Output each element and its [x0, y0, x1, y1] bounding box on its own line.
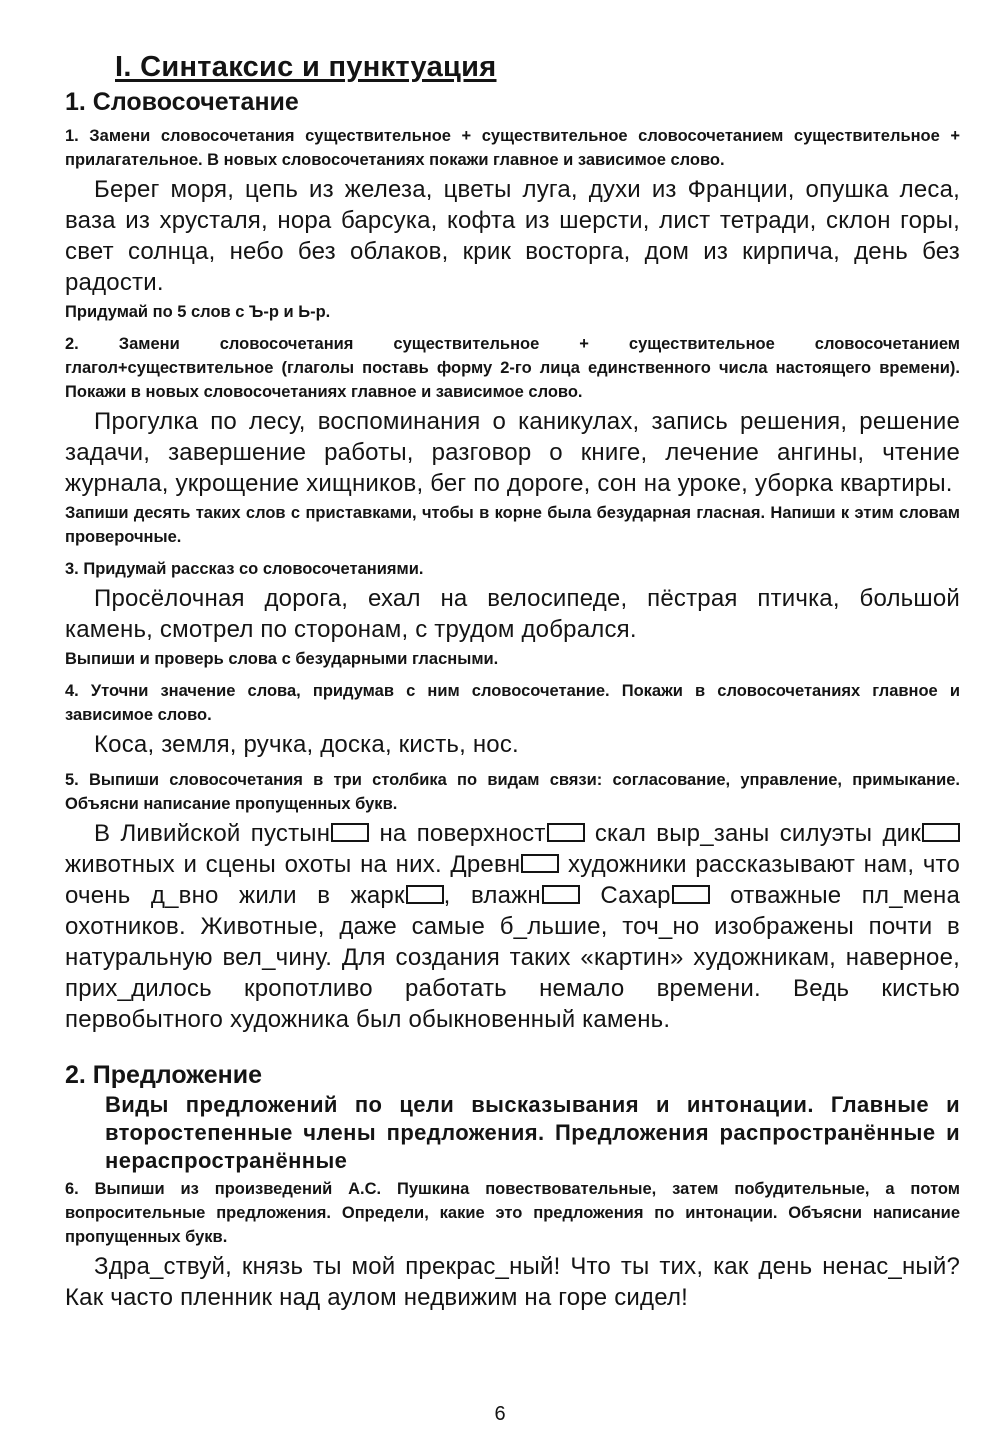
- task-instruction: 2. Замени словосочетания существительное…: [65, 332, 960, 404]
- task-text: Здра_ствуй, князь ты мой прекрас_ный! Чт…: [65, 1251, 960, 1313]
- text-fragment: животных и сцены охоты на них. Древн: [65, 851, 520, 878]
- task-3: 3. Придумай рассказ со словосочетаниями.…: [65, 557, 960, 671]
- blank-box: [331, 823, 369, 842]
- text-fragment: на поверхност: [369, 820, 545, 847]
- section-word-combination: 1. Словосочетание 1. Замени словосочетан…: [65, 86, 960, 1035]
- task-4: 4. Уточни значение слова, придумав с ним…: [65, 679, 960, 760]
- task-instruction: 6. Выпиши из произведений А.С. Пушкина п…: [65, 1177, 960, 1249]
- task-instruction: 1. Замени словосочетания существительное…: [65, 124, 960, 172]
- task-5: 5. Выпиши словосочетания в три столбика …: [65, 768, 960, 1035]
- task-6: 6. Выпиши из произведений А.С. Пушкина п…: [65, 1177, 960, 1313]
- blank-box: [922, 823, 960, 842]
- task-note: Запиши десять таких слов с приставками, …: [65, 501, 960, 549]
- textbook-page: I. Синтаксис и пунктуация 1. Словосочета…: [65, 50, 960, 1321]
- section-title: 1. Словосочетание: [65, 86, 960, 118]
- task-text: Прогулка по лесу, воспоминания о каникул…: [65, 406, 960, 499]
- text-fragment: скал выр_заны силуэты дик: [585, 820, 921, 847]
- section-subtitle: Виды предложений по цели высказывания и …: [105, 1091, 960, 1175]
- task-text: Коса, земля, ручка, доска, кисть, нос.: [65, 729, 960, 760]
- page-number: 6: [0, 1403, 1000, 1426]
- section-title: 2. Предложение: [65, 1059, 960, 1091]
- task-text: Просёлочная дорога, ехал на велосипеде, …: [65, 583, 960, 645]
- text-fragment: В Ливийской пустын: [94, 820, 330, 847]
- task-text-with-blanks: В Ливийской пустын на поверхност скал вы…: [65, 818, 960, 1035]
- text-fragment: Сахар: [580, 882, 671, 909]
- part-title: I. Синтаксис и пунктуация: [115, 50, 960, 84]
- blank-box: [672, 885, 710, 904]
- task-1: 1. Замени словосочетания существительное…: [65, 124, 960, 324]
- text-fragment: , влажн: [444, 882, 541, 909]
- task-instruction: 5. Выпиши словосочетания в три столбика …: [65, 768, 960, 816]
- spacer: [65, 1043, 960, 1057]
- blank-box: [521, 854, 559, 873]
- task-instruction: 4. Уточни значение слова, придумав с ним…: [65, 679, 960, 727]
- task-2: 2. Замени словосочетания существительное…: [65, 332, 960, 549]
- blank-box: [542, 885, 580, 904]
- blank-box: [406, 885, 444, 904]
- blank-box: [547, 823, 585, 842]
- task-note: Выпиши и проверь слова с безударными гла…: [65, 647, 960, 671]
- task-text: Берег моря, цепь из железа, цветы луга, …: [65, 174, 960, 298]
- task-instruction: 3. Придумай рассказ со словосочетаниями.: [65, 557, 960, 581]
- task-note: Придумай по 5 слов с Ъ-р и Ь-р.: [65, 300, 960, 324]
- section-sentence: 2. Предложение Виды предложений по цели …: [65, 1059, 960, 1313]
